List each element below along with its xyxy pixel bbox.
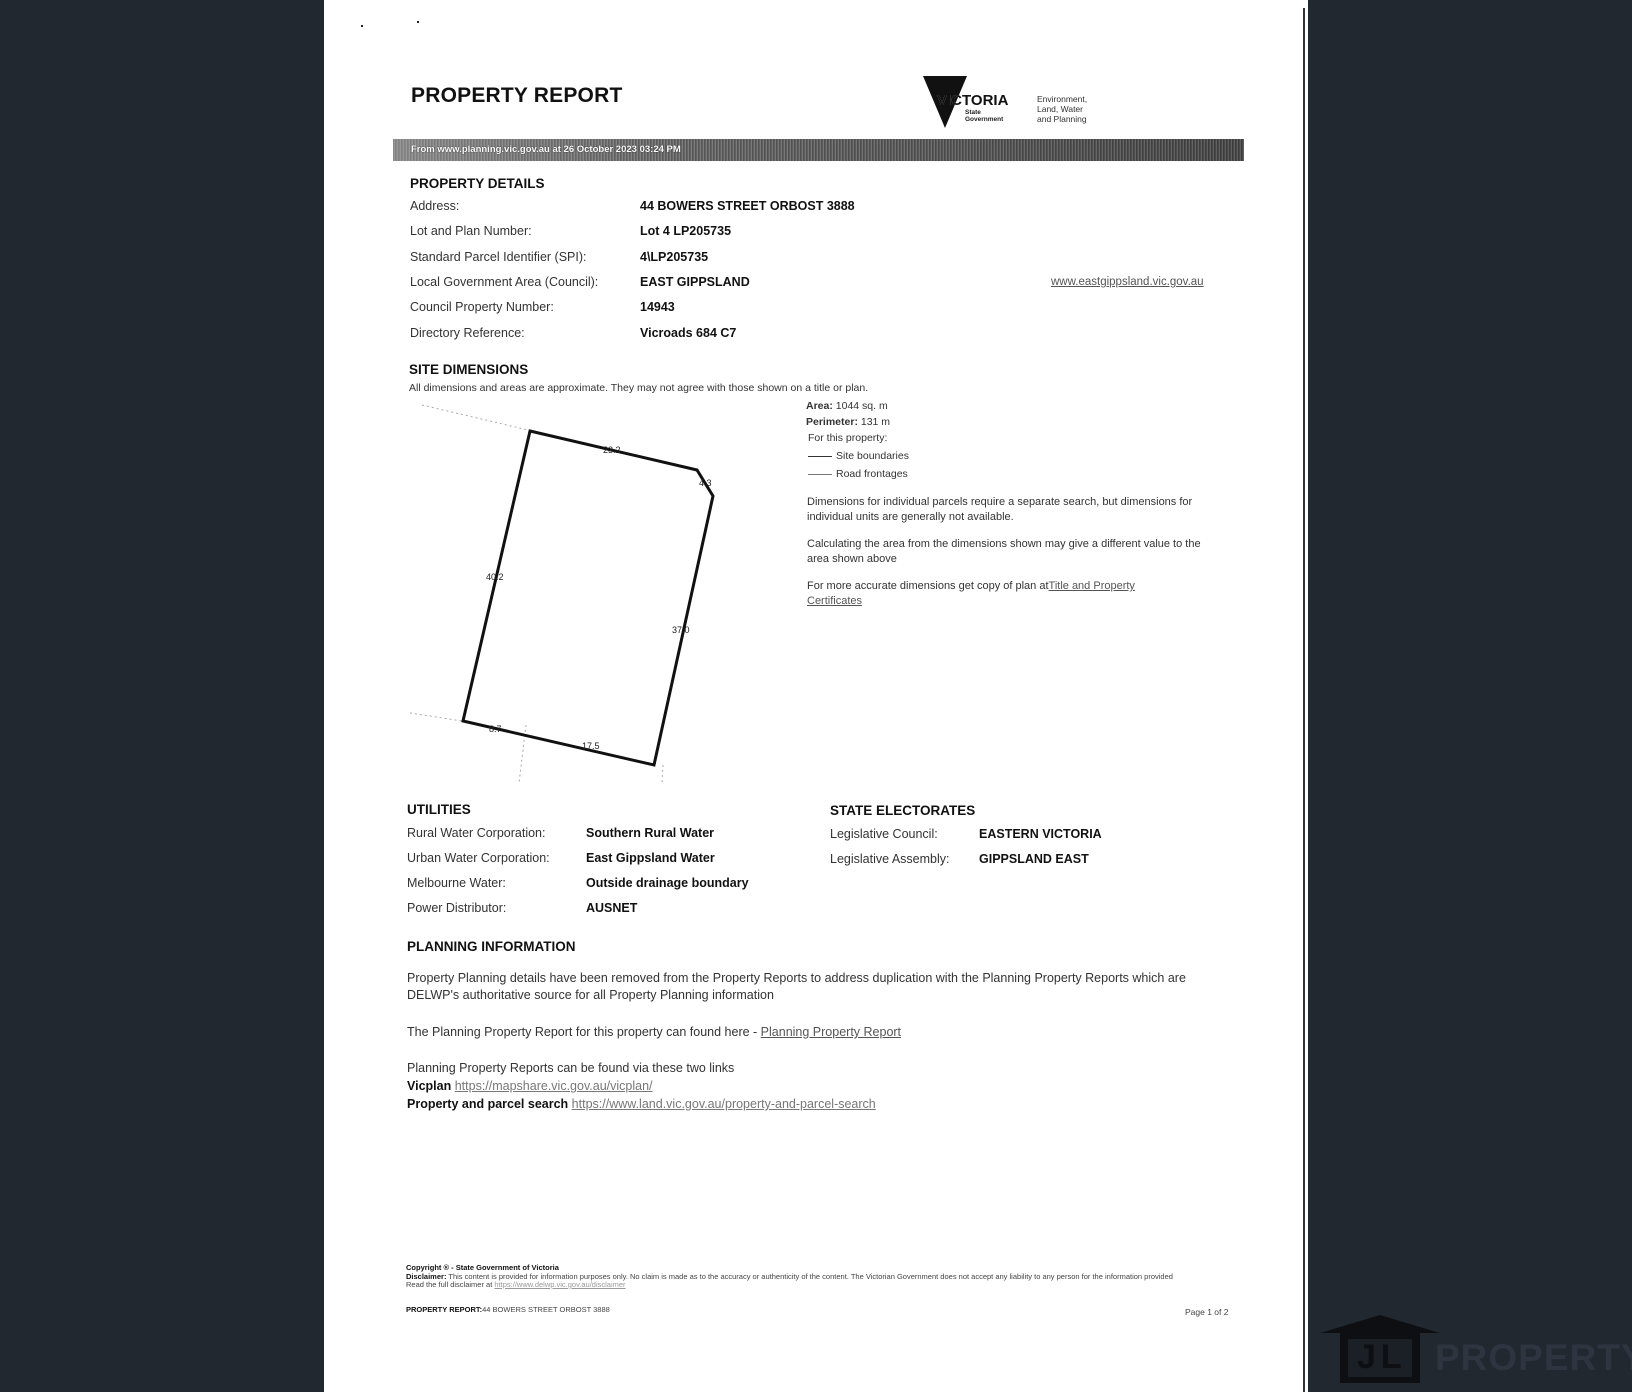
footer-report-address: PROPERTY REPORT:44 BOWERS STREET ORBOST … bbox=[406, 1306, 610, 1315]
department-name: Environment, Land, Water and Planning bbox=[1037, 94, 1087, 124]
dept-line: and Planning bbox=[1037, 114, 1087, 124]
watermark-brand: PROPERTY bbox=[1435, 1337, 1632, 1379]
property-detail-label: Lot and Plan Number: bbox=[410, 224, 532, 238]
planning-paragraph-2: The Planning Property Report for this pr… bbox=[407, 1024, 1207, 1041]
parcel-search-label: Property and parcel search bbox=[407, 1097, 568, 1111]
edge-label-right: 37.0 bbox=[672, 625, 690, 635]
scan-speck bbox=[417, 21, 419, 23]
utilities-heading: UTILITIES bbox=[407, 802, 471, 817]
area-value: 1044 sq. m bbox=[836, 400, 888, 412]
dept-line: Land, Water bbox=[1037, 104, 1087, 114]
vicplan-label: Vicplan bbox=[407, 1079, 451, 1093]
footer-disclaimer: Copyright ® - State Government of Victor… bbox=[406, 1264, 1221, 1290]
planning-text: The Planning Property Report for this pr… bbox=[407, 1025, 761, 1039]
property-details-heading: PROPERTY DETAILS bbox=[410, 176, 545, 191]
note-text: For more accurate dimensions get copy of… bbox=[807, 580, 1049, 592]
utility-value: Outside drainage boundary bbox=[586, 876, 749, 890]
vicplan-link[interactable]: https://mapshare.vic.gov.au/vicplan/ bbox=[455, 1079, 653, 1093]
planning-paragraph-3: Planning Property Reports can be found v… bbox=[407, 1060, 1207, 1077]
dimensions-note-3: For more accurate dimensions get copy of… bbox=[807, 579, 1187, 609]
electorate-label: Legislative Assembly: bbox=[830, 852, 950, 866]
site-dimensions-disclaimer: All dimensions and areas are approximate… bbox=[409, 382, 868, 394]
property-detail-value: 4\LP205735 bbox=[640, 250, 708, 264]
electorate-label: Legislative Council: bbox=[830, 827, 938, 841]
property-detail-value: 44 BOWERS STREET ORBOST 3888 bbox=[640, 199, 855, 213]
source-banner: From www.planning.vic.gov.au at 26 Octob… bbox=[393, 139, 1244, 161]
property-detail-label: Council Property Number: bbox=[410, 300, 554, 314]
source-banner-text: From www.planning.vic.gov.au at 26 Octob… bbox=[411, 144, 681, 155]
electorate-value: EASTERN VICTORIA bbox=[979, 827, 1102, 841]
utility-label: Melbourne Water: bbox=[407, 876, 506, 890]
parcel-search-link[interactable]: https://www.land.vic.gov.au/property-and… bbox=[572, 1097, 876, 1111]
page-edge-line bbox=[1303, 8, 1305, 1392]
dimensions-note-1: Dimensions for individual parcels requir… bbox=[807, 495, 1222, 525]
property-detail-label: Local Government Area (Council): bbox=[410, 275, 598, 289]
scan-speck bbox=[361, 25, 363, 27]
for-property-label: For this property: bbox=[808, 432, 887, 444]
property-detail-value: 14943 bbox=[640, 300, 675, 314]
council-website-link[interactable]: www.eastgippsland.vic.gov.au bbox=[1051, 276, 1204, 288]
property-detail-value: Vicroads 684 C7 bbox=[640, 326, 736, 340]
property-detail-label: Address: bbox=[410, 199, 459, 213]
utility-value: Southern Rural Water bbox=[586, 826, 714, 840]
utility-label: Urban Water Corporation: bbox=[407, 851, 550, 865]
planning-property-report-link[interactable]: Planning Property Report bbox=[761, 1025, 901, 1039]
watermark-initials: JL bbox=[1357, 1338, 1407, 1377]
edge-label-left: 40.2 bbox=[486, 572, 504, 582]
property-detail-value: EAST GIPPSLAND bbox=[640, 275, 750, 289]
dimensions-note-2: Calculating the area from the dimensions… bbox=[807, 537, 1222, 567]
utility-label: Rural Water Corporation: bbox=[407, 826, 545, 840]
perimeter-value: 131 m bbox=[861, 416, 890, 428]
legend-label: Site boundaries bbox=[836, 450, 909, 462]
read-full-text: Read the full disclaimer at bbox=[406, 1280, 492, 1289]
legend-road-frontages: Road frontages bbox=[808, 468, 908, 480]
property-detail-label: Standard Parcel Identifier (SPI): bbox=[410, 250, 586, 264]
footer-address: 44 BOWERS STREET ORBOST 3888 bbox=[482, 1305, 610, 1314]
area-readout: Area: 1044 sq. m bbox=[806, 400, 888, 412]
footer-report-label: PROPERTY REPORT: bbox=[406, 1305, 482, 1314]
edge-label-bottom-right: 17.5 bbox=[582, 741, 600, 751]
property-detail-value: Lot 4 LP205735 bbox=[640, 224, 731, 238]
site-dimensions-heading: SITE DIMENSIONS bbox=[409, 362, 528, 377]
state-electorates-heading: STATE ELECTORATES bbox=[830, 803, 975, 818]
logo-sub-line: Government bbox=[965, 116, 1003, 123]
disclaimer-link[interactable]: https://www.delwp.vic.gov.au/disclaimer bbox=[494, 1280, 625, 1289]
utility-label: Power Distributor: bbox=[407, 901, 506, 915]
edge-label-top: 23.2 bbox=[603, 445, 621, 455]
site-plan-diagram: 23.2 4.3 40.2 37.0 8.7 17.5 bbox=[400, 395, 740, 790]
area-label: Area: bbox=[806, 400, 833, 412]
electorate-value: GIPPSLAND EAST bbox=[979, 852, 1089, 866]
edge-label-bottom-left: 8.7 bbox=[489, 724, 502, 734]
perimeter-label: Perimeter: bbox=[806, 416, 858, 428]
victoria-logo-subtitle: State Government bbox=[965, 109, 1003, 123]
planning-paragraph-1: Property Planning details have been remo… bbox=[407, 970, 1207, 1004]
planning-info-heading: PLANNING INFORMATION bbox=[407, 939, 576, 954]
road-frontage-line-icon bbox=[808, 474, 832, 475]
utility-value: AUSNET bbox=[586, 901, 637, 915]
logo-sub-line: State bbox=[965, 109, 1003, 116]
vicplan-row: Vicplan https://mapshare.vic.gov.au/vicp… bbox=[407, 1078, 1207, 1095]
legend-site-boundaries: Site boundaries bbox=[808, 450, 909, 462]
victoria-logo-word: VICTORIA bbox=[937, 92, 1008, 109]
legend-label: Road frontages bbox=[836, 468, 908, 480]
perimeter-readout: Perimeter: 131 m bbox=[806, 416, 890, 428]
site-boundary-line-icon bbox=[808, 456, 832, 457]
report-title: PROPERTY REPORT bbox=[411, 84, 622, 108]
parcel-search-row: Property and parcel search https://www.l… bbox=[407, 1096, 1207, 1113]
page-number: Page 1 of 2 bbox=[1185, 1308, 1228, 1317]
dept-line: Environment, bbox=[1037, 94, 1087, 104]
property-detail-label: Directory Reference: bbox=[410, 326, 525, 340]
utility-value: East Gippsland Water bbox=[586, 851, 715, 865]
edge-label-corner: 4.3 bbox=[699, 478, 712, 488]
